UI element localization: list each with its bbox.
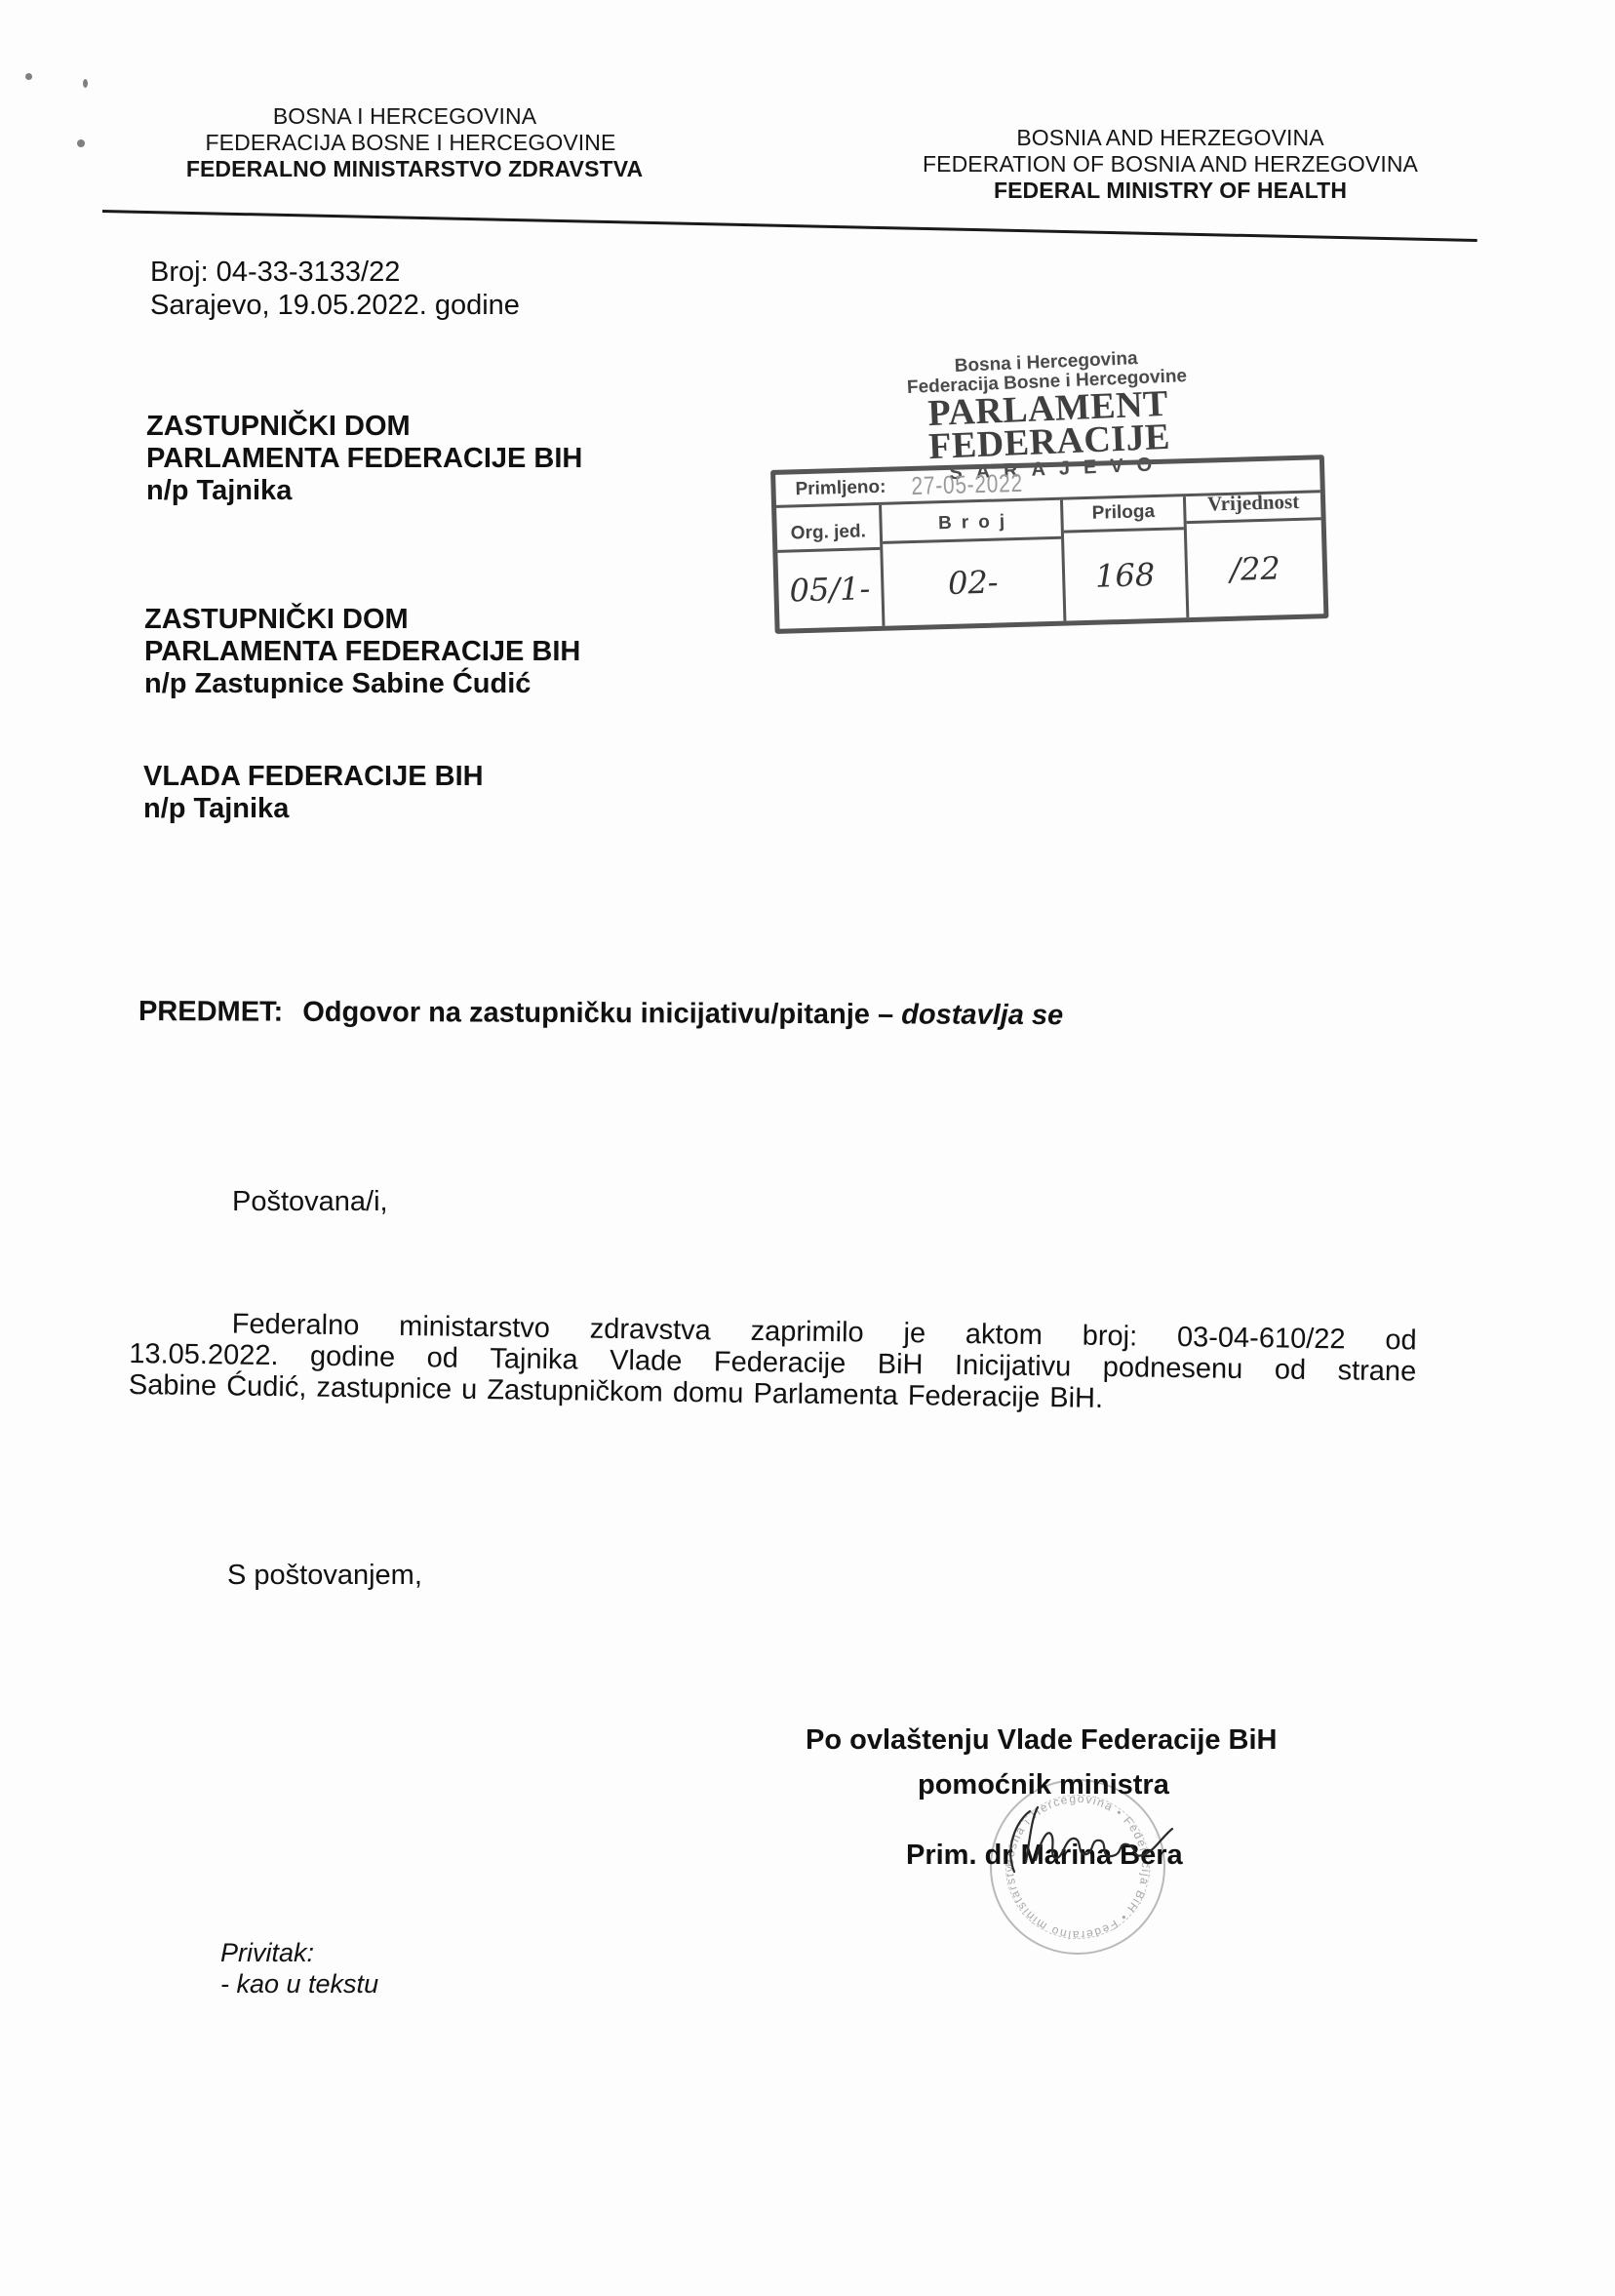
salutation: Poštovana/i, xyxy=(232,1185,388,1218)
scan-speck xyxy=(83,79,88,88)
recipient-line: PARLAMENTA FEDERACIJE BIH xyxy=(146,443,582,475)
body-word: ministarstvo xyxy=(399,1311,550,1344)
stamp-col-value: 02- xyxy=(883,539,1063,626)
stamp-received-label: Primljeno: xyxy=(795,476,886,500)
letterhead-ministry-en: FEDERAL MINISTRY OF HEALTH xyxy=(887,178,1453,204)
letterhead-country-en: BOSNIA AND HERZEGOVINA xyxy=(887,125,1453,151)
stamp-cell-attachments: Priloga 168 xyxy=(1063,496,1189,620)
body-word: od xyxy=(426,1342,458,1373)
recipient-line: PARLAMENTA FEDERACIJE BIH xyxy=(144,636,580,668)
subject-line: PREDMET:Odgovor na zastupničku inicijati… xyxy=(138,994,1063,1033)
stamp-col-label: Broj xyxy=(882,504,1061,544)
closing: S poštovanjem, xyxy=(227,1559,422,1592)
registry-stamp: Primljeno: 27-05-2022 Org. jed. 05/1- Br… xyxy=(770,455,1328,634)
scan-speck xyxy=(77,139,85,147)
body-word: zdravstva xyxy=(589,1314,711,1347)
recipient-2: ZASTUPNIČKI DOM PARLAMENTA FEDERACIJE BI… xyxy=(144,604,580,700)
recipient-line: VLADA FEDERACIJE BIH xyxy=(143,761,484,793)
body-word: od xyxy=(1275,1354,1307,1385)
attachment-label: Privitak: xyxy=(220,1937,378,1968)
body-word: podnesenu xyxy=(1103,1352,1243,1385)
recipient-3: VLADA FEDERACIJE BIH n/p Tajnika xyxy=(143,761,484,825)
body-paragraph: Federalnoministarstvozdravstvazaprimiloj… xyxy=(129,1307,1417,1418)
body-word: od xyxy=(1385,1325,1417,1356)
handwritten-signature-icon xyxy=(997,1800,1182,1878)
stamp-col-value: /22 xyxy=(1187,520,1324,617)
stamp-grid: Org. jed. 05/1- Broj 02- Priloga 168 Vri… xyxy=(776,493,1323,629)
stamp-cell-org-unit: Org. jed. 05/1- xyxy=(776,505,885,629)
stamp-col-label: Vrijednost xyxy=(1186,485,1321,524)
letterhead-country: BOSNA I HERCEGOVINA xyxy=(156,103,653,130)
signature-position: pomoćnik ministra xyxy=(806,1768,1371,1801)
letterhead-local: BOSNA I HERCEGOVINA FEDERACIJA BOSNE I H… xyxy=(162,103,659,182)
stamp-col-value: 05/1- xyxy=(777,550,882,629)
body-word: Federacije xyxy=(714,1346,847,1379)
letterhead-divider xyxy=(102,210,1477,242)
body-word: broj: xyxy=(1083,1321,1138,1353)
letterhead-federation: FEDERACIJA BOSNE I HERCEGOVINE xyxy=(162,130,659,156)
recipient-line: ZASTUPNIČKI DOM xyxy=(146,411,582,443)
document-reference: Broj: 04-33-3133/22 Sarajevo, 19.05.2022… xyxy=(150,256,520,322)
body-word: Inicijativu xyxy=(955,1350,1072,1383)
letterhead-ministry: FEDERALNO MINISTARSTVO ZDRAVSTVA xyxy=(166,156,663,182)
signature-authority: Po ovlaštenju Vlade Federacije BiH xyxy=(806,1723,1371,1757)
body-word: Vlade xyxy=(610,1345,683,1377)
stamp-cell-number: Broj 02- xyxy=(882,500,1066,626)
scan-speck xyxy=(25,73,32,80)
body-word: aktom xyxy=(965,1319,1043,1351)
body-word: 13.05.2022. xyxy=(129,1338,279,1371)
subject-text: Odgovor na zastupničku inicijativu/pitan… xyxy=(302,997,901,1031)
stamp-received-date: 27-05-2022 xyxy=(911,468,1023,501)
reference-number: Broj: 04-33-3133/22 xyxy=(150,256,520,289)
subject-label: PREDMET: xyxy=(138,996,283,1028)
recipient-line: n/p Tajnika xyxy=(143,793,484,825)
body-word: godine xyxy=(310,1341,396,1373)
reference-place-date: Sarajevo, 19.05.2022. godine xyxy=(150,289,520,322)
body-word: strane xyxy=(1337,1355,1416,1387)
recipient-1: ZASTUPNIČKI DOM PARLAMENTA FEDERACIJE BI… xyxy=(146,411,582,507)
attachment-item: - kao u tekstu xyxy=(220,1968,378,1999)
letterhead-english: BOSNIA AND HERZEGOVINA FEDERATION OF BOS… xyxy=(887,125,1453,204)
subject-text-italic: dostavlja se xyxy=(901,999,1063,1031)
recipient-line: n/p Zastupnice Sabine Ćudić xyxy=(144,668,580,700)
stamp-col-value: 168 xyxy=(1064,530,1186,620)
attachment-note: Privitak: - kao u tekstu xyxy=(220,1937,378,1999)
body-word: BiH xyxy=(878,1349,924,1381)
body-word: Tajnika xyxy=(490,1343,578,1375)
body-word: je xyxy=(903,1318,926,1349)
stamp-cell-value: Vrijednost /22 xyxy=(1186,493,1323,617)
stamp-col-label: Org. jed. xyxy=(776,515,880,553)
stamp-col-label: Priloga xyxy=(1063,495,1184,533)
recipient-line: n/p Tajnika xyxy=(146,475,582,507)
body-word: Federalno xyxy=(232,1308,360,1341)
recipient-line: ZASTUPNIČKI DOM xyxy=(144,604,580,636)
body-word: zaprimilo xyxy=(750,1316,863,1349)
letterhead-federation-en: FEDERATION OF BOSNIA AND HERZEGOVINA xyxy=(887,151,1453,178)
body-word: 03-04-610/22 xyxy=(1177,1322,1346,1355)
